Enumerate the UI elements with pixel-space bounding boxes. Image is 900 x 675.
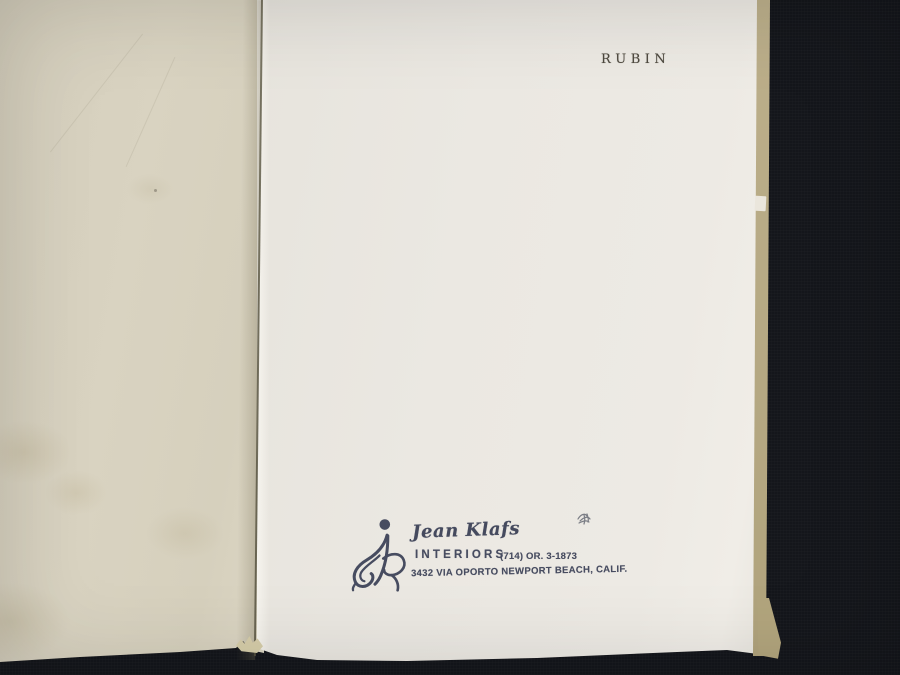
protruding-page-tab <box>755 196 767 212</box>
stamp-phone: (714) OR. 3-1873 <box>500 551 577 562</box>
page-speck <box>154 189 157 192</box>
cover-fore-edge <box>753 0 770 656</box>
page-crease <box>126 57 176 167</box>
stamp-business-type: INTERIORS <box>415 549 506 561</box>
dealer-stamp: Jean Klafs INTERIORS (714) OR. 3-1873 34… <box>338 508 590 596</box>
photo-of-open-book: RUBIN Jean Klafs INTERIORS (714) OR. 3-1… <box>0 0 900 675</box>
jk-monogram-icon <box>344 516 412 592</box>
page-crease <box>50 34 143 153</box>
ink-smudge-icon <box>575 510 595 526</box>
stamp-business-name: Jean Klafs <box>412 518 521 543</box>
left-page <box>0 0 264 675</box>
owner-name-text: RUBIN <box>601 52 670 67</box>
cover-bottom-corner <box>756 598 781 660</box>
